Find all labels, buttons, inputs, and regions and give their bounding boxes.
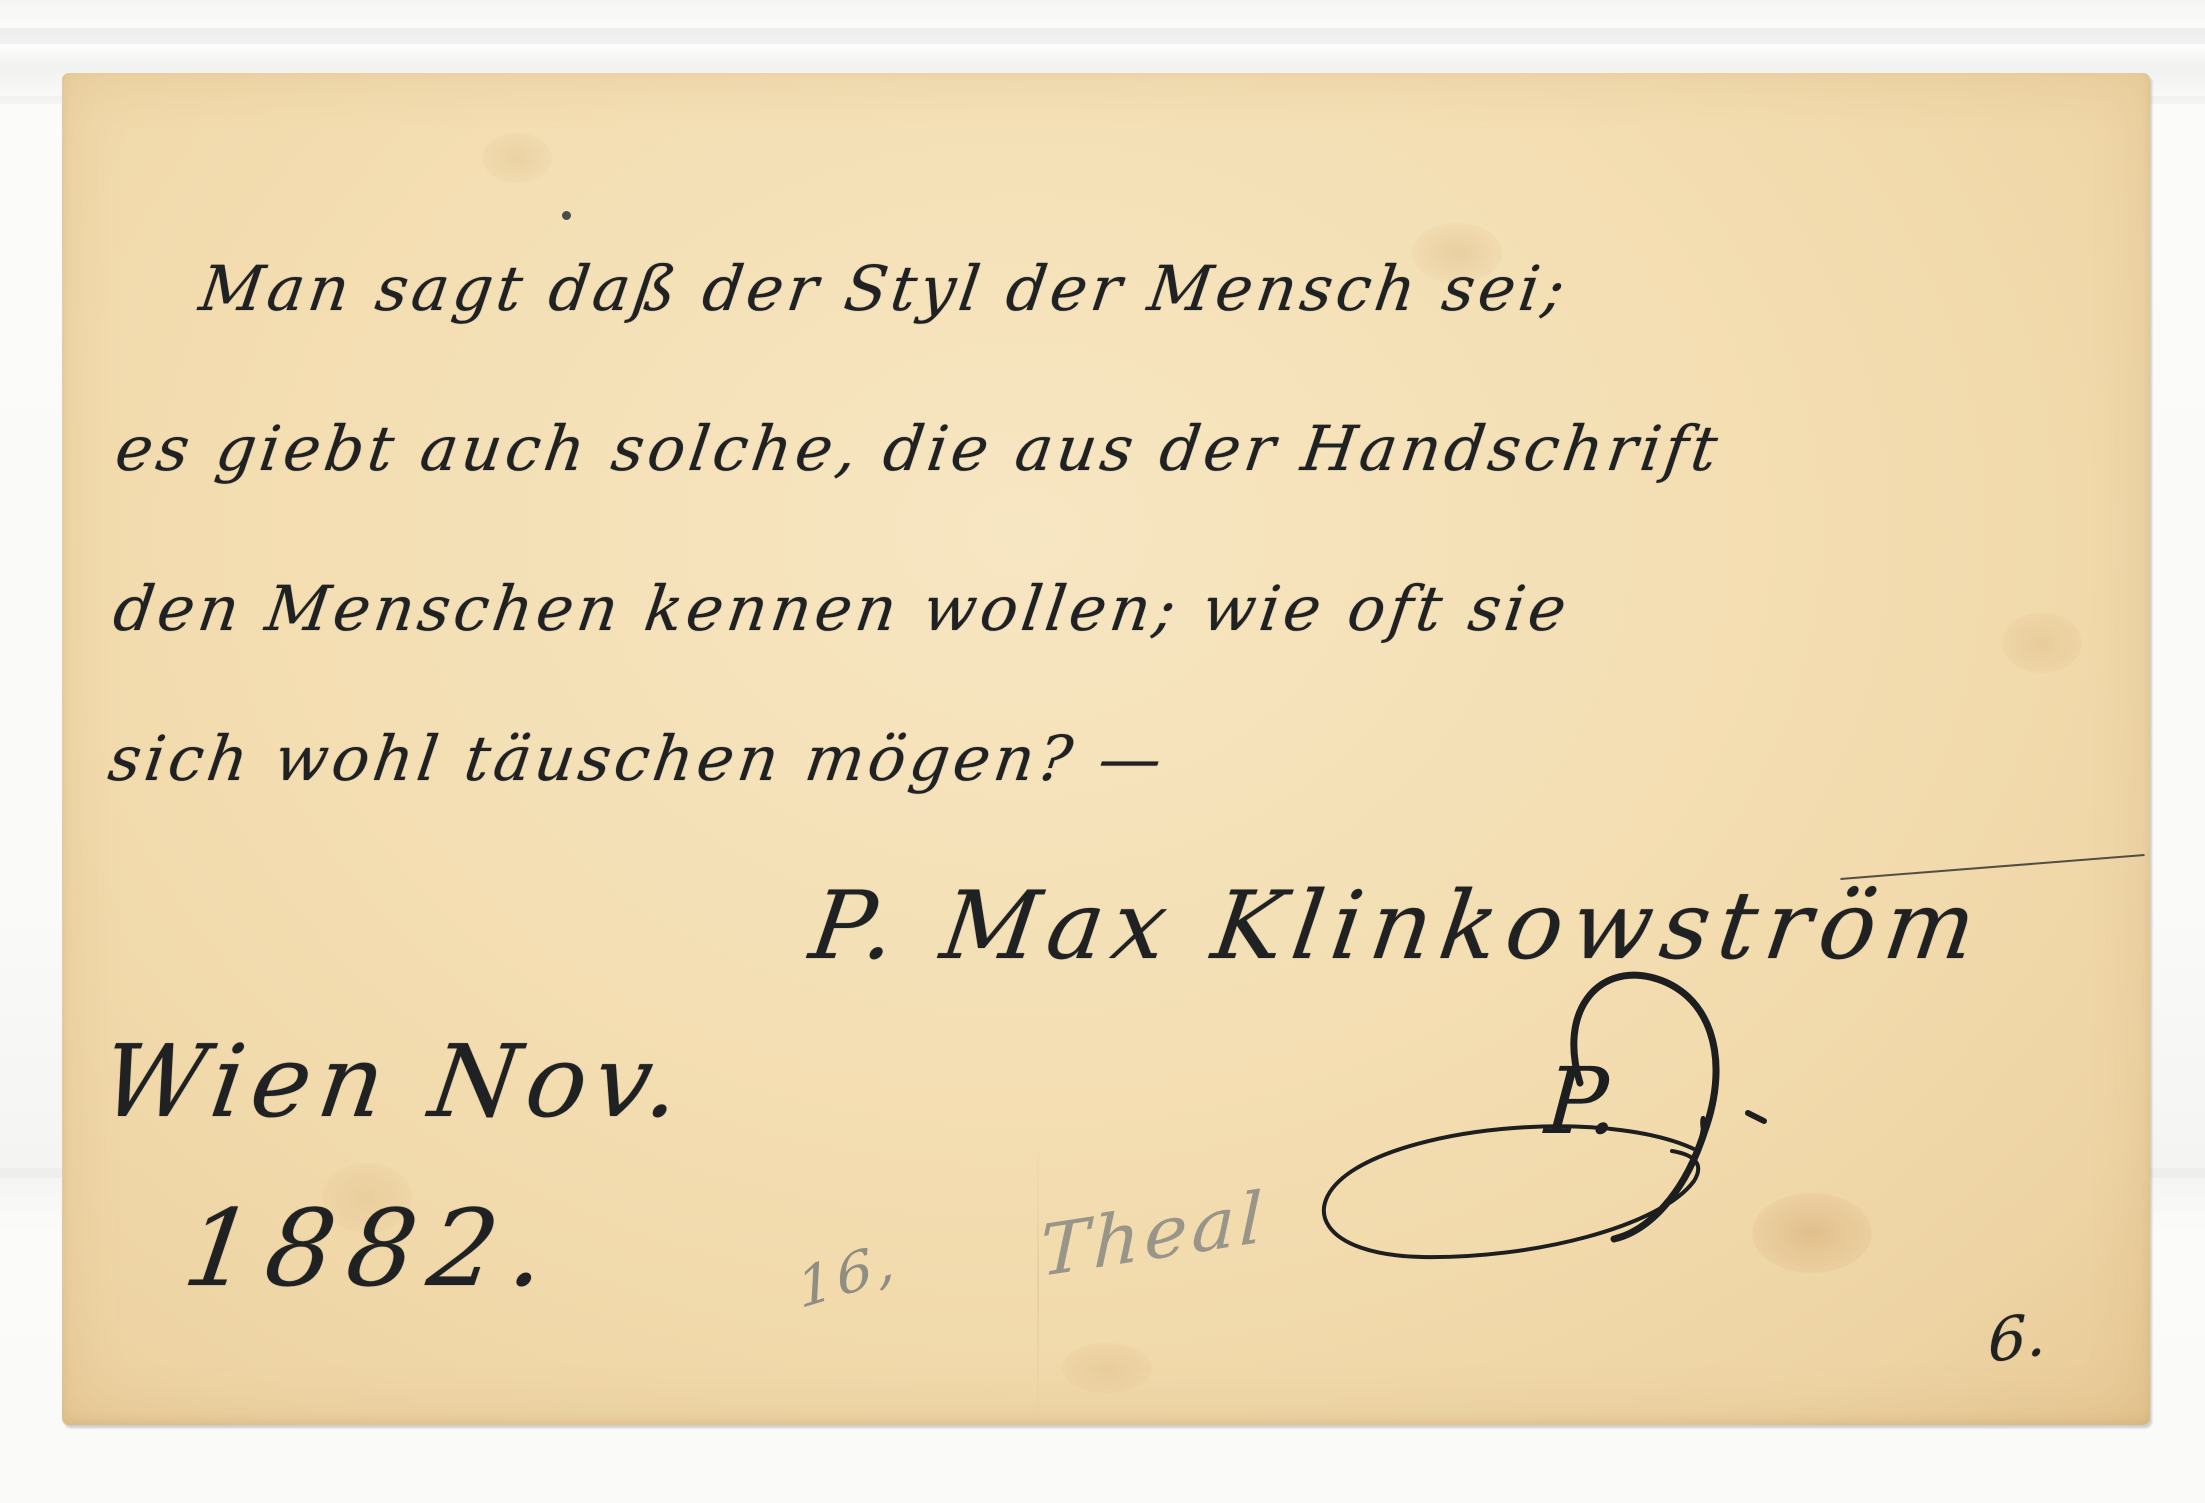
signature-flourish: P. [1280,955,1800,1315]
handwriting-line-2: es giebt auch solche, die aus der Handsc… [112,418,1725,480]
paraph-letter: P. [1540,1048,1622,1155]
foxing-spot [482,133,552,183]
flourish-period [1748,1113,1764,1121]
place-line: Wien Nov. [96,1032,695,1132]
handwriting-line-4: sich wohl täuschen mögen? — [105,728,1170,790]
handwriting-line-1: Man sagt daß der Styl der Mensch sei; [196,258,1573,320]
year-line: 1882. [178,1196,566,1302]
foxing-spot [2002,613,2082,673]
handwriting-line-3: den Menschen kennen wollen; wie oft sie [110,578,1574,640]
catalog-number: 6. [1988,1305,2046,1372]
scanner-streak [0,28,2205,44]
paper-crease [1037,1133,1039,1423]
ink-speck [562,211,571,220]
foxing-spot [1062,1343,1152,1393]
flourish-oval [1324,1118,1704,1257]
